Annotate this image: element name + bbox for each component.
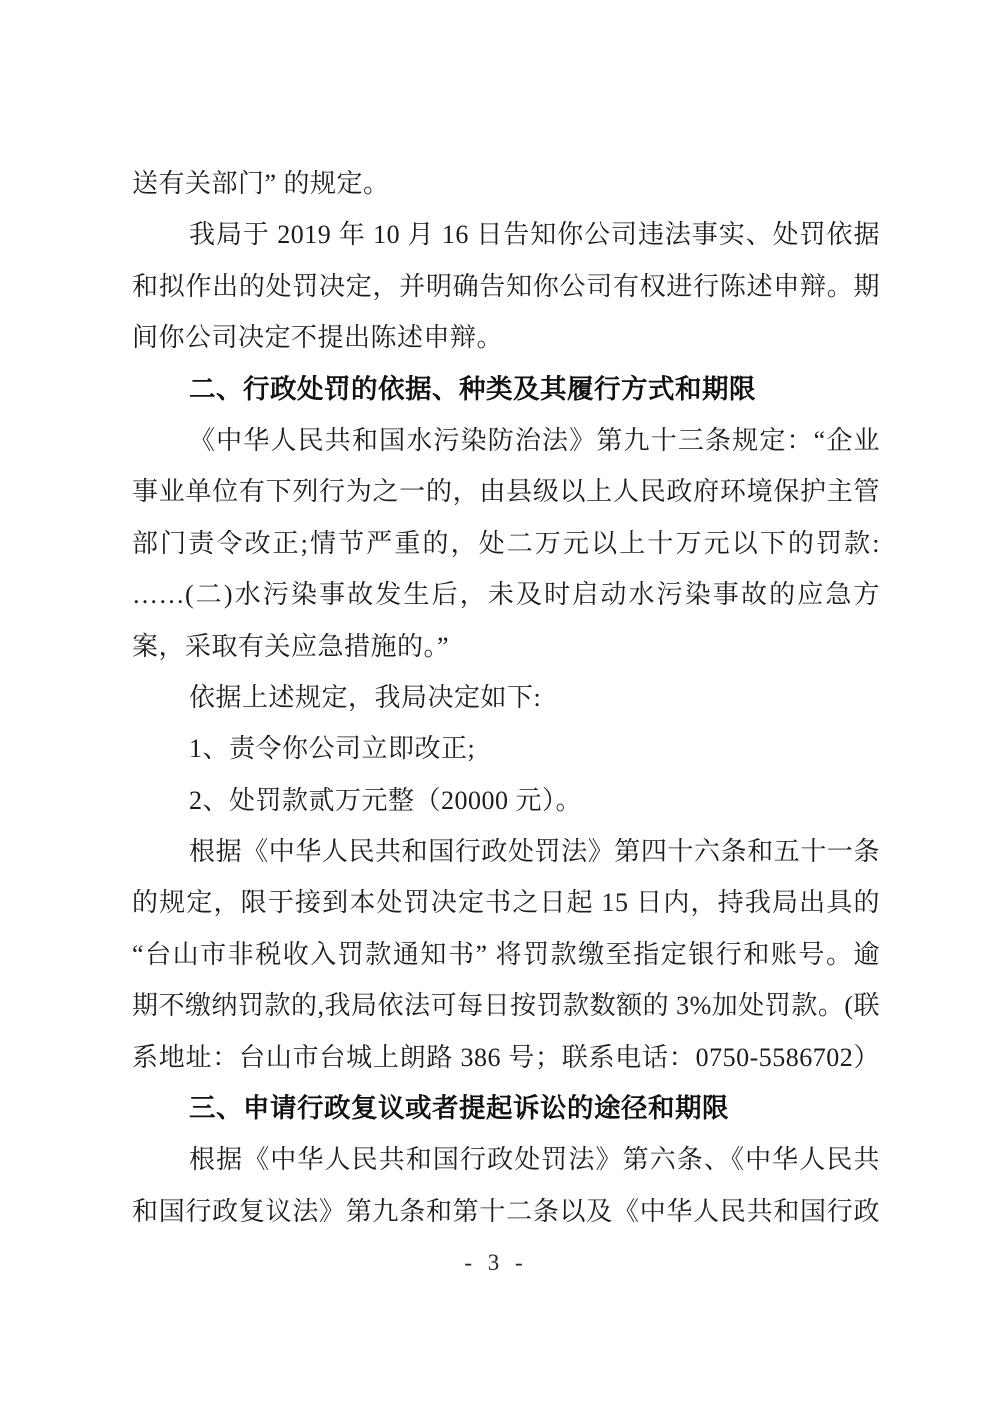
doc-line: 间你公司决定不提出陈述申辩。 [132,312,880,363]
doc-line: 根据《中华人民共和国行政处罚法》第六条、《中华人民共 [132,1134,880,1185]
doc-line: 事业单位有下列行为之一的，由县级以上人民政府环境保护主管 [132,466,880,517]
doc-line: 我局于 2019 年 10 月 16 日告知你公司违法事实、处罚依据 [132,209,880,260]
doc-line: 依据上述规定，我局决定如下: [132,672,880,723]
section-heading-2: 二、行政处罚的依据、种类及其履行方式和期限 [132,364,880,415]
doc-line: 根据《中华人民共和国行政处罚法》第四十六条和五十一条 [132,826,880,877]
doc-line: 期不缴纳罚款的,我局依法可每日按罚款数额的 3%加处罚款。(联 [132,980,880,1031]
doc-line: 送有关部门” 的规定。 [132,158,880,209]
section-heading-3: 三、申请行政复议或者提起诉讼的途径和期限 [132,1083,880,1134]
doc-line: 的规定，限于接到本处罚决定书之日起 15 日内，持我局出具的 [132,877,880,928]
doc-line: 和拟作出的处罚决定，并明确告知你公司有权进行陈述申辩。期 [132,261,880,312]
doc-line: 《中华人民共和国水污染防治法》第九十三条规定：“企业 [132,415,880,466]
doc-line: 系地址：台山市台城上朗路 386 号；联系电话：0750-5586702） [132,1032,880,1083]
document-page: 送有关部门” 的规定。 我局于 2019 年 10 月 16 日告知你公司违法事… [0,0,992,1403]
doc-line: 和国行政复议法》第九条和第十二条以及《中华人民共和国行政 [132,1186,880,1237]
doc-line: 案，采取有关应急措施的。” [132,621,880,672]
document-text: 送有关部门” 的规定。 我局于 2019 年 10 月 16 日告知你公司违法事… [132,158,880,1237]
doc-line: 1、责令你公司立即改正; [132,723,880,774]
page-number: - 3 - [0,1250,992,1276]
doc-line: ……(二)水污染事故发生后，未及时启动水污染事故的应急方 [132,569,880,620]
doc-line: “台山市非税收入罚款通知书” 将罚款缴至指定银行和账号。逾 [132,929,880,980]
doc-line: 部门责令改正;情节严重的，处二万元以上十万元以下的罚款: [132,518,880,569]
doc-line: 2、处罚款贰万元整（20000 元）。 [132,775,880,826]
